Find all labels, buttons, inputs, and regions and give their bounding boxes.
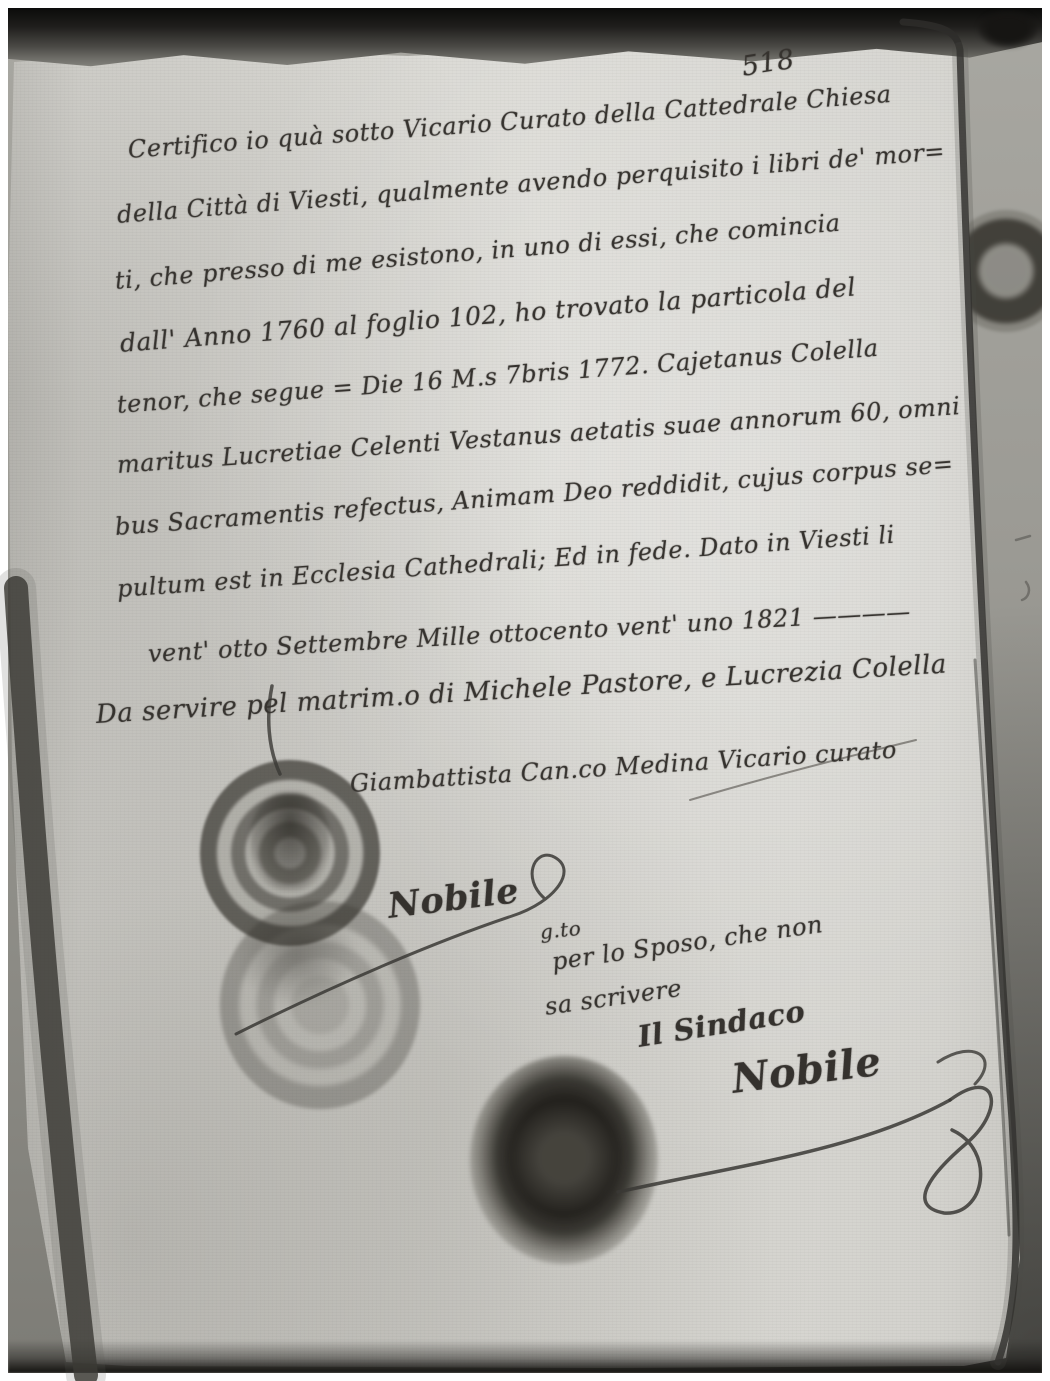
scanned-document-photo: 518 Certifico io quà sotto Vicario Curat… [0, 0, 1050, 1381]
book-bottom-edge [8, 1340, 1042, 1373]
wax-seal-bottom-center [470, 1056, 658, 1264]
top-edge-blotch [978, 10, 1038, 48]
witness-abbrev: g.to [539, 916, 583, 944]
ink-stamp-lower-left [220, 901, 420, 1109]
